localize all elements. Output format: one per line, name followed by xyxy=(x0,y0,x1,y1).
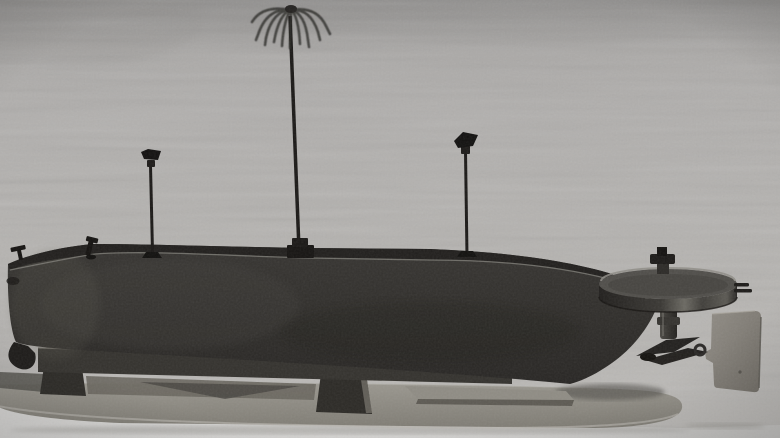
photograph: Black-and-white photograph of an early r… xyxy=(0,0,780,438)
photo-vignette xyxy=(0,0,780,438)
photo-canvas: Black-and-white photograph of an early r… xyxy=(0,0,780,438)
